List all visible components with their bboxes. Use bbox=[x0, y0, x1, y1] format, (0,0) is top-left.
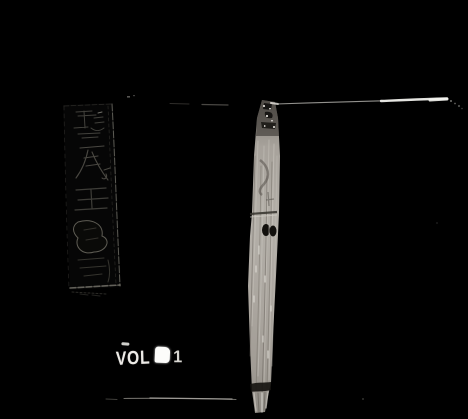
photo-canvas: VOL 1 bbox=[0, 0, 468, 419]
volume-stamp: VOL 1 bbox=[115, 337, 202, 377]
book-edge-highlights bbox=[0, 0, 468, 419]
bottom-edge-highlight bbox=[106, 398, 236, 400]
volume-stamp-row: VOL 1 bbox=[116, 347, 183, 369]
top-edge-highlight bbox=[170, 99, 447, 106]
stamp-scratch-mark bbox=[121, 342, 129, 346]
stamp-glare-blob bbox=[155, 347, 171, 364]
volume-stamp-text: VOL bbox=[116, 348, 151, 368]
volume-stamp-number: 1 bbox=[173, 348, 182, 365]
